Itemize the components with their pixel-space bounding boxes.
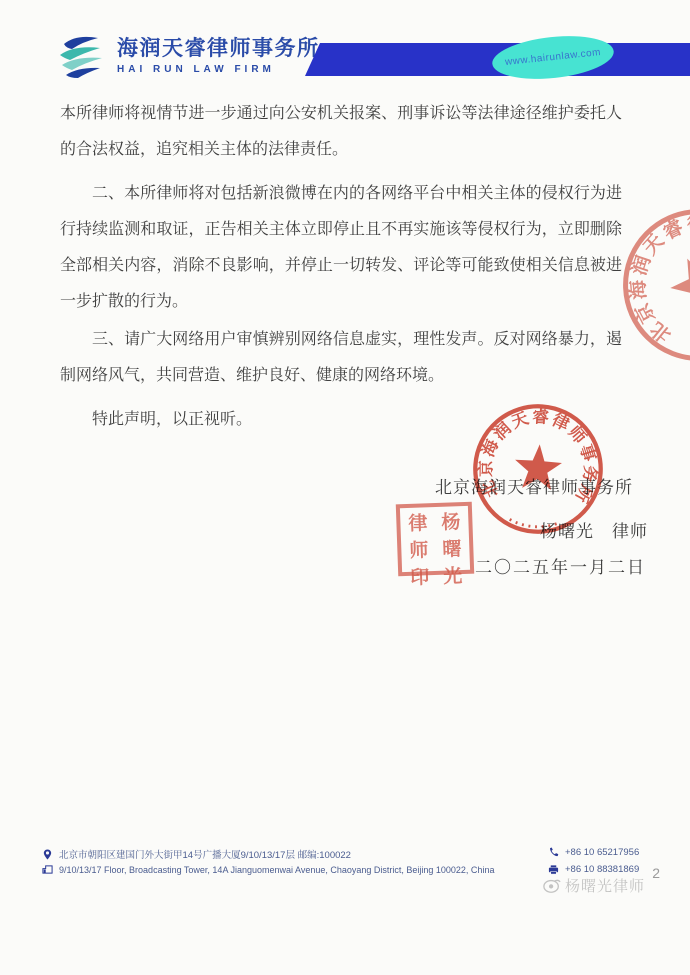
firm-logo: 海润天睿律师事务所 HAI RUN LAW FIRM [56,32,320,80]
lawyer-seal-char: 印 [403,562,437,590]
phone-icon [548,847,559,858]
footer-fax: +86 10 88381869 [565,864,639,875]
page-number: 2 [652,865,660,881]
lawyer-seal: 杨 曙 光 律 师 印 [396,502,474,577]
firm-name-en: HAI RUN LAW FIRM [117,64,320,75]
footer-address-cn-row: 北京市朝阳区建国门外大街甲14号广播大厦9/10/13/17层 邮编:10002… [42,847,351,861]
weibo-watermark: 杨曙光律师 [543,875,645,896]
paragraph-1: 本所律师将视情节进一步通过向公安机关报案、刑事诉讼等法律途径维护委托人的合法权益… [60,96,622,168]
fax-icon [548,864,559,875]
paragraph-2: 二、本所律师将对包括新浪微博在内的各网络平台中相关主体的侵权行为进行持续监测和取… [60,176,622,320]
footer-phone: +86 10 65217956 [565,847,639,858]
footer-address-en: 9/10/13/17 Floor, Broadcasting Tower, 14… [59,865,494,875]
weibo-eye-icon [543,878,561,893]
watermark-text: 杨曙光律师 [565,875,645,896]
lawyer-seal-char: 师 [402,535,436,563]
footer-phone-row: +86 10 65217956 [548,847,639,858]
footer-fax-row: +86 10 88381869 [548,864,639,875]
firm-website: www.hairunlaw.com [505,47,602,68]
lawyer-seal-char: 光 [436,561,470,589]
building-icon [42,864,53,875]
lawyer-seal-char: 杨 [434,507,468,535]
document-page: 海润天睿律师事务所 HAI RUN LAW FIRM www.hairunlaw… [0,0,690,975]
firm-seal-icon: 北京海润天睿律师事务所 [457,388,619,550]
paragraph-3: 三、请广大网络用户审慎辨别网络信息虚实，理性发声。反对网络暴力，遏制网络风气，共… [60,322,622,394]
footer-address-en-row: 9/10/13/17 Floor, Broadcasting Tower, 14… [42,864,494,875]
signature-date: 二〇二五年一月二日 [475,553,646,578]
page-footer: 北京市朝阳区建国门外大街甲14号广播大厦9/10/13/17层 邮编:10002… [0,905,690,975]
footer-address-cn: 北京市朝阳区建国门外大街甲14号广播大厦9/10/13/17层 邮编:10002… [59,847,351,861]
lawyer-seal-char: 律 [401,508,435,536]
location-pin-icon [42,849,53,860]
firm-name-cn: 海润天睿律师事务所 [117,37,320,60]
statement-body: 本所律师将视情节进一步通过向公安机关报案、刑事诉讼等法律途径维护委托人的合法权益… [60,96,622,438]
header-banner-ellipse: www.hairunlaw.com [490,31,616,85]
lawyer-seal-char: 曙 [435,534,469,562]
logo-swoosh-icon [56,32,106,80]
